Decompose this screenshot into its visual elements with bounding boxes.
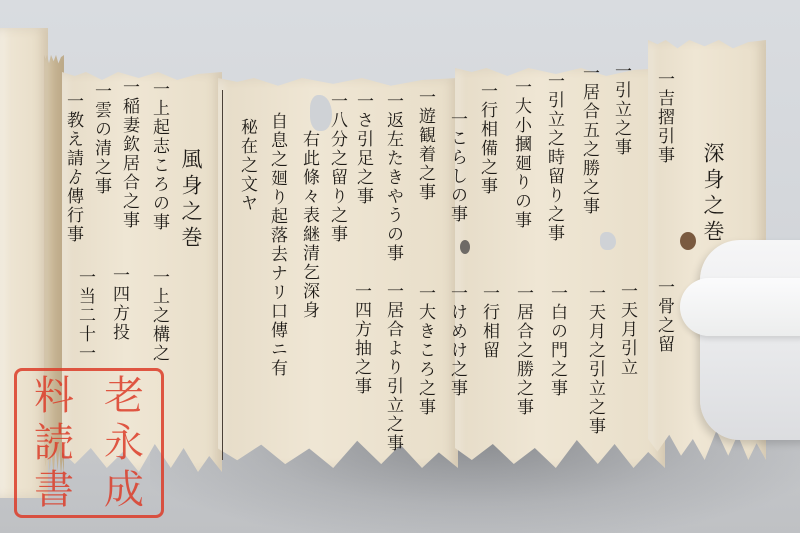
scroll-column: 一上起志ころの事 (150, 80, 167, 232)
paper-stain (460, 240, 470, 254)
scroll-column: 一稲妻欽居合之事 (120, 78, 137, 230)
scroll-column: 一こらしの事 (448, 110, 465, 224)
scroll-column: 一白の門之事 (548, 284, 565, 398)
scroll-column: 一八分之留り之事 (328, 92, 345, 244)
scroll-column: 一遊観着之事 (416, 88, 433, 202)
scroll-column: 一天月之引立之事 (586, 284, 603, 436)
scroll-column: 一吉摺引事 (655, 70, 672, 165)
scroll-column: 一けめけ之事 (448, 284, 465, 398)
scroll-column: 一居合之勝之事 (514, 284, 531, 417)
scroll-column: 一行相留 (480, 284, 497, 360)
panel-fold-line (222, 90, 223, 460)
scroll-column: 一居合五之勝之事 (580, 64, 597, 216)
scroll-title-right: 深身之巻 (702, 142, 723, 246)
scroll-column: 秘在之文ヤ (238, 118, 255, 213)
scroll-column: 一大きころ之事 (416, 284, 433, 417)
scroll-column: 一上之構之 (150, 268, 167, 363)
seal-char: 老 (89, 373, 159, 420)
seal-char: 料 (19, 373, 89, 420)
scroll-column: 一引立之事 (612, 62, 629, 157)
scroll-column: 一行相備之事 (478, 82, 495, 196)
scroll-column: 一天月引立 (618, 282, 635, 377)
scroll-column: 一引立之時留り之事 (545, 72, 562, 243)
red-seal-stamp: 料 老 読 永 書 成 (14, 368, 164, 518)
scroll-column: 一返左たきやうの事 (384, 92, 401, 263)
paper-stain (680, 232, 696, 250)
scroll-column: 一居合より引立之事 (384, 282, 401, 453)
scroll-column: 一大小摑廻りの事 (512, 78, 529, 230)
scroll-title-middle: 風身之巻 (180, 148, 201, 252)
scroll-column: 一四方投 (110, 266, 127, 342)
scroll-column: 一さ引足之事 (354, 92, 371, 206)
seal-char: 読 (19, 420, 89, 467)
white-glove-hand (700, 240, 800, 440)
seal-char: 書 (19, 466, 89, 513)
paper-hole (600, 232, 616, 250)
scroll-column: 自息之廻り起落去ナリ口傳ニ有 (268, 112, 285, 378)
scroll-column: 右此條々表継清乞深身 (300, 130, 317, 320)
seal-char: 成 (89, 466, 159, 513)
seal-char: 永 (89, 420, 159, 467)
photo-scene: 深身之巻 一吉摺引事 一引立之事 一居合五之勝之事 一引立之時留り之事 一大小摑… (0, 0, 800, 533)
scroll-column: 一骨之留 (655, 278, 672, 354)
scroll-column: 一雲の清之事 (92, 82, 109, 196)
scroll-column: 一当二十一 (76, 268, 93, 363)
white-glove-thumb (680, 278, 800, 336)
scroll-column: 一四方抽之事 (352, 282, 369, 396)
scroll-column: 一教え請ゟ傳行事 (64, 92, 81, 244)
